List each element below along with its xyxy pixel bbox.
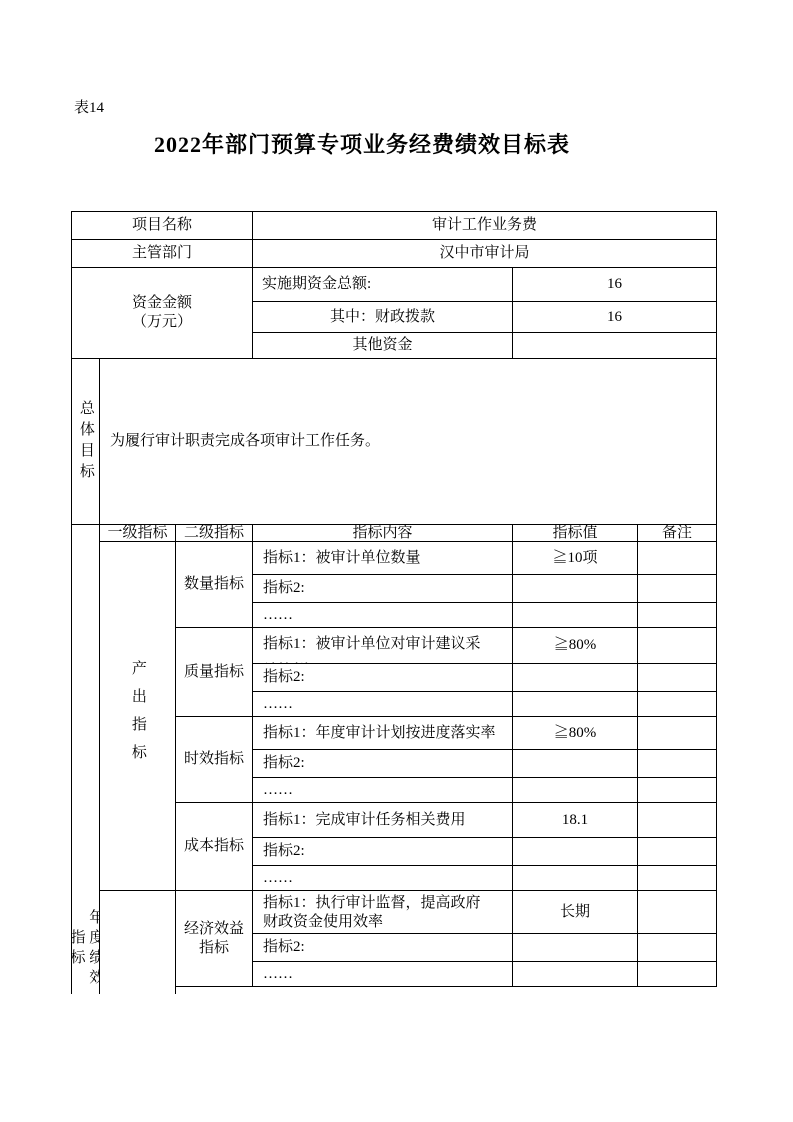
indicator-value-cell <box>513 962 638 987</box>
indicator-note-cell <box>638 603 717 628</box>
header-content-cell: 指标内容 <box>253 525 513 542</box>
output-indicator-label-cell: 产出指标 <box>100 542 176 891</box>
indicator-value-cell <box>513 692 638 717</box>
indicator-value-cell: ≧10项 <box>513 542 638 575</box>
indicator-note-cell <box>638 962 717 987</box>
page-title: 2022年部门预算专项业务经费绩效目标表 <box>0 128 724 159</box>
indicator-note-cell <box>638 891 717 934</box>
document-page: 表14 2022年部门预算专项业务经费绩效目标表 项目名称 审计工作业务费 主管… <box>0 0 793 1122</box>
fund-other-label-cell: 其他资金 <box>253 333 513 359</box>
indicator-content-cell: 指标1：完成审计任务相关费用 <box>253 803 513 838</box>
indicator-value-cell <box>513 838 638 866</box>
group-label-cost-cell: 成本指标 <box>176 803 253 891</box>
overall-goal-label: 总体目标 <box>76 400 95 484</box>
indicator-note-cell <box>638 717 717 750</box>
fund-label-line2: （万元） <box>132 313 192 332</box>
indicator-content-cell: …… <box>253 866 513 891</box>
header-note-cell: 备注 <box>638 525 717 542</box>
indicator-note-cell <box>638 778 717 803</box>
indicator-value-cell <box>513 664 638 692</box>
indicator-value-cell: 18.1 <box>513 803 638 838</box>
indicator-content-cell: …… <box>253 778 513 803</box>
fund-treasury-label-cell: 其中：财政拨款 <box>253 302 513 333</box>
project-name-label-cell: 项目名称 <box>72 212 253 240</box>
indicator-content-cell: …… <box>253 962 513 987</box>
annual-indicator-label: 年度绩效指标 <box>72 525 100 994</box>
annual-indicator-label-cell: 年度绩效指标 <box>72 525 100 994</box>
indicator-note-cell <box>638 838 717 866</box>
fund-treasury-value-cell: 16 <box>513 302 717 333</box>
indicator-note-cell <box>638 803 717 838</box>
indicator-value-cell <box>513 575 638 603</box>
fund-total-value-cell: 16 <box>513 268 717 302</box>
indicator-note-cell <box>638 750 717 778</box>
indicator-content-cell: 指标2: <box>253 750 513 778</box>
indicator-value-cell <box>513 603 638 628</box>
fund-label-line1: 资金金额 <box>132 294 192 313</box>
indicator-content-cell: …… <box>253 603 513 628</box>
indicator-content-cell: 指标2: <box>253 934 513 962</box>
fund-other-value-cell <box>513 333 717 359</box>
group-label-quality-cell: 质量指标 <box>176 628 253 717</box>
indicator-value-cell <box>513 778 638 803</box>
level1-empty-cell <box>100 891 176 994</box>
group-label-timeliness-cell: 时效指标 <box>176 717 253 803</box>
indicator-note-cell <box>638 934 717 962</box>
indicator-note-cell <box>638 575 717 603</box>
indicator-content-cell: …… <box>253 692 513 717</box>
group-label-economic: 经济效益指标 <box>182 920 246 958</box>
indicator-value-cell: 长期 <box>513 891 638 934</box>
header-value-cell: 指标值 <box>513 525 638 542</box>
indicator-content-cell: 指标1：执行审计监督，提高政府财政资金使用效率 <box>253 891 513 934</box>
indicator-note-cell <box>638 664 717 692</box>
group-label-quantity-cell: 数量指标 <box>176 542 253 628</box>
indicator-content-cell: 指标2: <box>253 575 513 603</box>
group-label-economic-cell: 经济效益指标 <box>176 891 253 987</box>
indicator-content-cell: 指标1：年度审计计划按进度落实率 <box>253 717 513 750</box>
project-name-value-cell: 审计工作业务费 <box>253 212 717 240</box>
header-level1-cell: 一级指标 <box>100 525 176 542</box>
fund-total-label-cell: 实施期资金总额: <box>253 268 513 302</box>
indicator-content-cell: 指标2: <box>253 664 513 692</box>
header-level2-cell: 二级指标 <box>176 525 253 542</box>
indicator-value-cell: ≧80% <box>513 628 638 664</box>
fund-amount-label-cell: 资金金额 （万元） <box>72 268 253 359</box>
indicator-value-cell <box>513 866 638 891</box>
overall-goal-text-cell: 为履行审计职责完成各项审计工作任务。 <box>100 359 717 525</box>
indicator-content-cell: 指标1：被审计单位数量 <box>253 542 513 575</box>
indicator-note-cell <box>638 866 717 891</box>
indicator-value-cell: ≧80% <box>513 717 638 750</box>
overall-goal-label-cell: 总体目标 <box>72 359 100 525</box>
indicator-note-cell <box>638 692 717 717</box>
indicator-value-cell <box>513 750 638 778</box>
indicator-content-cell: 指标1：被审计单位对审计建议采纳比例 <box>253 628 513 664</box>
table-number-label: 表14 <box>74 96 104 117</box>
output-indicator-label: 产出指标 <box>128 660 147 772</box>
indicator-content-cell: 指标2: <box>253 838 513 866</box>
indicator-note-cell <box>638 628 717 664</box>
indicator-note-cell <box>638 542 717 575</box>
performance-target-table: 项目名称 审计工作业务费 主管部门 汉中市审计局 资金金额 （万元） 实施期资金… <box>71 211 717 994</box>
dept-label-cell: 主管部门 <box>72 240 253 268</box>
indicator-value-cell <box>513 934 638 962</box>
dept-value-cell: 汉中市审计局 <box>253 240 717 268</box>
